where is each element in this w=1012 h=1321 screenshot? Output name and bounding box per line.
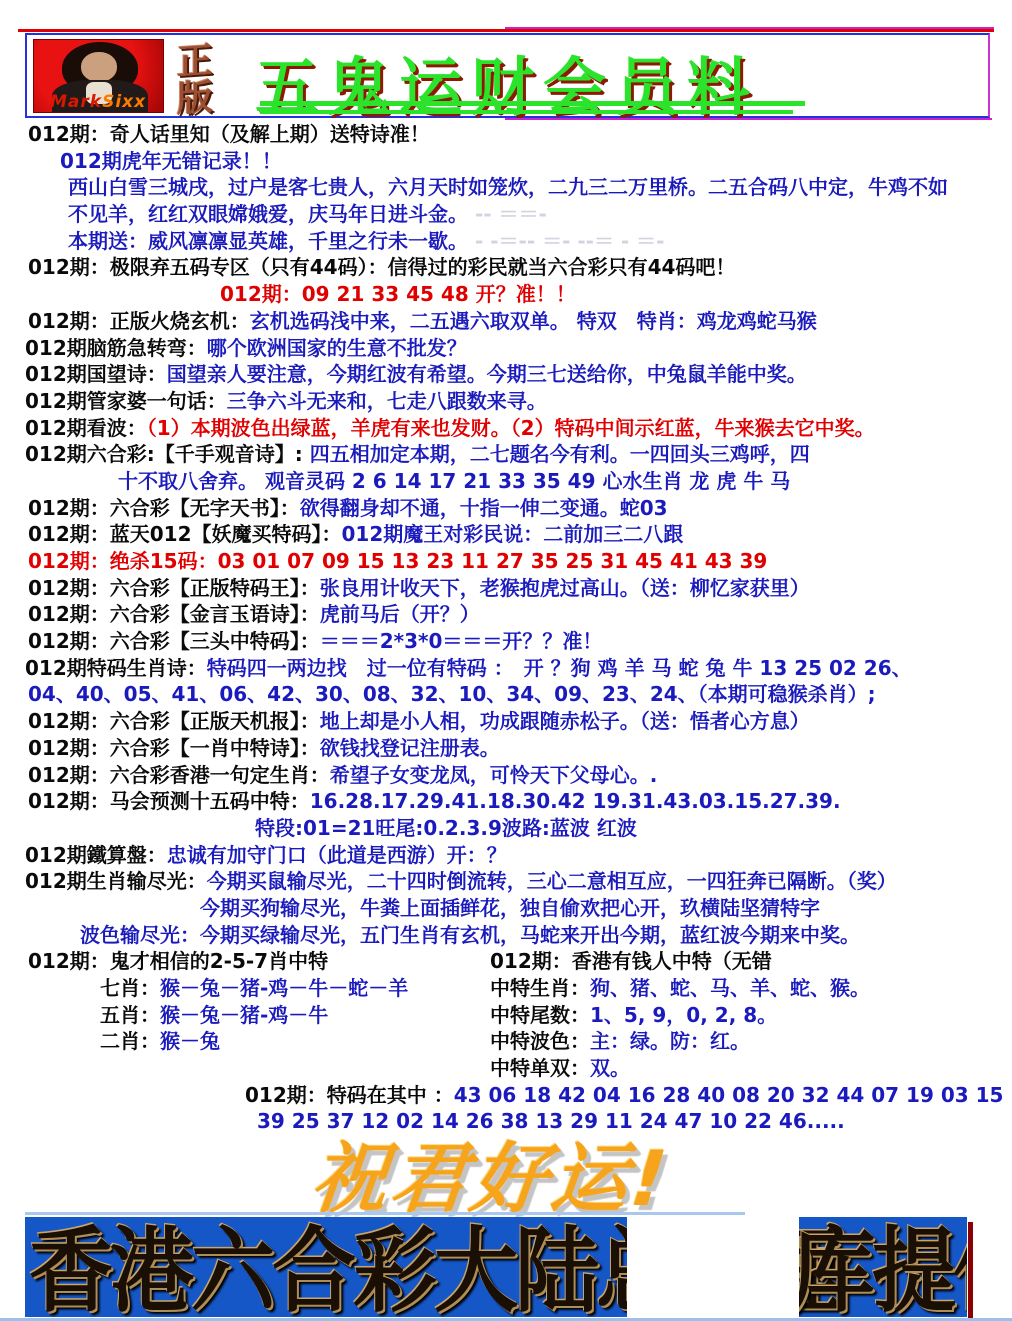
text-segment: 012期：六合彩【三头中特码】：: [28, 629, 320, 653]
banner-right-text: 库提供: [791, 1217, 967, 1317]
text-segment: 中特波色：: [490, 1029, 590, 1053]
text-segment: 欲得翻身却不通，十指一伸二变通。蛇03: [300, 496, 668, 520]
text-segment: 忠诚有加守门口（此道是西游）开：？: [167, 843, 507, 867]
text-line: 本期送：威风凛凛显英雄，千里之行未一歇。 ‐ ‐＝‐‐ ＝‐ ‐‐＝ ‐ ＝‐: [0, 228, 1012, 255]
wish-text: 祝君好运!: [306, 1118, 676, 1227]
text-segment: 012期：特码在其中 ：: [245, 1083, 454, 1107]
portrait-photo: MarkSixx: [33, 39, 164, 113]
text-segment: 猴－兔－猪-鸡－牛: [160, 1003, 328, 1027]
text-segment: 012期生肖输尽光：: [25, 869, 207, 893]
text-line: 012期生肖输尽光：今期买鼠输尽光，二十四时倒流转，三心二意相互应，一四狂奔已隔…: [0, 868, 1012, 895]
text-segment: 012期：蓝天012【妖魔买特码】：: [28, 522, 342, 546]
text-segment: 012期特码生肖诗：: [25, 656, 207, 680]
page-title: 五鬼运财会员料: [255, 37, 759, 128]
text-segment: 012期国望诗：: [25, 362, 167, 386]
text-segment: 012期：六合彩【正版特码王】：: [28, 576, 320, 600]
text-segment: 西山白雪三城戌，过户是客七贵人，六月天时如笼炊，二九三二万里桥。二五合码八中定，…: [68, 175, 948, 199]
right-column-text: 中特波色：主：绿。防：红。: [490, 1028, 750, 1055]
text-segment: 四五相加定本期，二七题名今有利。一四回头三鸡呼，四: [310, 442, 810, 466]
censored-area: [627, 1217, 799, 1317]
text-segment: 012期：正版火烧玄机：: [28, 309, 250, 333]
text-segment: 主：绿。防：红。: [590, 1029, 750, 1053]
text-segment: 五肖：: [100, 1003, 160, 1027]
text-segment: 猴－兔－猪-鸡－牛－蛇－羊: [160, 976, 408, 1000]
text-segment: 不见羊，红红双眼嫦娥爱，庆马年日进斗金。: [68, 202, 468, 226]
text-line: 012期：09 21 33 45 48 开？准！！: [0, 281, 1012, 308]
text-segment: 双。: [590, 1056, 630, 1080]
right-column-text: 中特尾数：1、5, 9，0, 2, 8。: [490, 1002, 777, 1029]
text-line: 012期：六合彩【一肖中特诗】：欲钱找登记注册表。: [0, 735, 1012, 762]
text-line: 012期：六合彩【金言玉语诗】：虎前马后（开？）: [0, 601, 1012, 628]
text-line: 012期：极限弃五码专区（只有44码）：信得过的彩民就当六合彩只有44码吧！: [0, 254, 1012, 281]
text-line: 012期：奇人话里知（及解上期）送特诗准！: [0, 121, 1012, 148]
right-column-text: 012期：香港有钱人中特（无错: [490, 948, 772, 975]
text-segment: 012期：六合彩【金言玉语诗】：: [28, 602, 320, 626]
text-segment: 04、40、05、41、06、42、30、08、32、10、34、09、23、2…: [28, 682, 876, 706]
text-line: 012期：绝杀15码：03 01 07 09 15 13 23 11 27 35…: [0, 548, 1012, 575]
photo-caption-sixx: Sixx: [102, 92, 146, 112]
content-lines: 012期：奇人话里知（及解上期）送特诗准！012期虎年无错记录！！西山白雪三城戌…: [0, 121, 1012, 1135]
text-segment: 43 06 18 42 04 16 28 40 08 20 32 44 07 1…: [454, 1083, 1004, 1107]
text-segment: 玄机选码浅中来，二五遇六取双单。 特双 特肖：鸡龙鸡蛇马猴: [250, 309, 817, 333]
top-magenta-border-line: [505, 27, 994, 29]
text-line: 012期：鬼才相信的2-5-7肖中特012期：香港有钱人中特（无错: [0, 948, 1012, 975]
text-line: 五肖：猴－兔－猪-鸡－牛中特尾数：1、5, 9，0, 2, 8。: [0, 1002, 1012, 1029]
text-line: 04、40、05、41、06、42、30、08、32、10、34、09、23、2…: [0, 681, 1012, 708]
right-column-text: 中特生肖：狗、猪、蛇、马、羊、蛇、猴。: [490, 975, 870, 1002]
text-segment: 012期：六合彩【无字天书】：: [28, 496, 300, 520]
text-segment: 012期：六合彩【正版天机报】：: [28, 709, 320, 733]
text-segment: 狗、猪、蛇、马、羊、蛇、猴。: [590, 976, 870, 1000]
text-line: 012期虎年无错记录！！: [0, 148, 1012, 175]
text-segment: 今期买鼠输尽光，二十四时倒流转，三心二意相互应，一四狂奔已隔断。（奖）: [207, 869, 897, 893]
text-line: 012期：六合彩【无字天书】：欲得翻身却不通，十指一伸二变通。蛇03: [0, 495, 1012, 522]
text-segment: 国望亲人要注意，今期红波有希望。今期三七送给你，中兔鼠羊能中奖。: [167, 362, 807, 386]
text-line: 十不取八舍弃。 观音灵码 2 6 14 17 21 33 35 49 心水生肖 …: [0, 468, 1012, 495]
footer-banner: 香港六合彩大陆总代理 库提供: [25, 1217, 967, 1317]
text-segment: 012期：奇人话里知（及解上期）送特诗准！: [28, 122, 430, 146]
text-line: 不见羊，红红双眼嫦娥爱，庆马年日进斗金。 ‐‐ ＝＝‐: [0, 201, 1012, 228]
text-line: 012期六合彩:【千手观音诗】: 四五相加定本期，二七题名今有利。一四回头三鸡呼…: [0, 441, 1012, 468]
text-segment: 波色输尽光：今期买绿输尽光，五门生肖有玄机，马蛇来开出今期，蓝红波今期来中奖。: [80, 923, 860, 947]
text-segment: 012期脑筋急转弯：: [25, 336, 207, 360]
text-segment: 中特单双：: [490, 1056, 590, 1080]
text-segment: 中特生肖：: [490, 976, 590, 1000]
text-segment: 012期：鬼才相信的2-5-7肖中特: [28, 949, 328, 973]
text-segment: 1、5, 9，0, 2, 8。: [590, 1003, 777, 1027]
text-segment: 中特尾数：: [490, 1003, 590, 1027]
text-line: 特段:01=21旺尾:0.2.3.9波路:蓝波 红波: [0, 815, 1012, 842]
text-line: 012期国望诗：国望亲人要注意，今期红波有希望。今期三七送给你，中兔鼠羊能中奖。: [0, 361, 1012, 388]
text-line: 012期特码生肖诗：特码四一两边找 过一位有特码 ： 开 ？狗 鸡 羊 马 蛇 …: [0, 655, 1012, 682]
text-segment: 今期买狗输尽光，牛粪上面插鲜花，独自偷欢把心开，玖横陆坚猜特字: [200, 896, 820, 920]
text-segment: 012期鐵算盤：: [25, 843, 167, 867]
banner-top-line: [25, 1212, 745, 1215]
text-line: 012期：马会预测十五码中特：16.28.17.29.41.18.30.42 1…: [0, 788, 1012, 815]
text-segment: 16.28.17.29.41.18.30.42 19.31.43.03.15.2…: [310, 789, 841, 813]
right-column-text: 中特单双：双。: [490, 1055, 630, 1082]
text-segment: 012期魔王对彩民说：二前加三二八跟: [342, 522, 684, 546]
edition-label: 正 版: [177, 41, 225, 118]
text-segment: 虎前马后（开？）: [320, 602, 480, 626]
title-underline: [260, 101, 805, 106]
lottery-tip-sheet: MarkSixx 正 版 五鬼运财会员料 012期：奇人话里知（及解上期）送特诗…: [0, 0, 1012, 1321]
text-segment: 012期：六合彩【一肖中特诗】：: [28, 736, 320, 760]
text-segment: 七肖：: [100, 976, 160, 1000]
red-accent-line: [968, 1222, 973, 1318]
header: MarkSixx 正 版 五鬼运财会员料: [25, 33, 990, 118]
text-line: 012期：六合彩【正版天机报】：地上却是小人相，功成跟随赤松子。（送：悟者心方息…: [0, 708, 1012, 735]
top-red-border-line: [18, 29, 994, 32]
text-line: 012期：六合彩【三头中特码】：＝＝＝2*3*0＝＝＝开？？准！: [0, 628, 1012, 655]
text-segment: ＝＝＝2*3*0＝＝＝开？？准！: [320, 629, 603, 653]
text-line: 波色输尽光：今期买绿输尽光，五门生肖有玄机，马蛇来开出今期，蓝红波今期来中奖。: [0, 922, 1012, 949]
text-segment: 012期：绝杀15码：03 01 07 09 15 13 23 11 27 35…: [28, 549, 767, 573]
text-segment: 十不取八舍弃。 观音灵码 2 6 14 17 21 33 35 49 心水生肖 …: [118, 469, 790, 493]
text-segment: 012期：极限弃五码专区（只有44码）：信得过的彩民就当六合彩只有44码吧！: [28, 255, 735, 279]
text-segment: 张良用计收天下，老猴抱虎过高山。（送：柳忆家获里）: [320, 576, 810, 600]
text-line: 012期看波：（1）本期波色出绿蓝，羊虎有来也发财。（2）特码中间示红蓝，牛来猴…: [0, 415, 1012, 442]
header-bottom-magenta-line: [505, 118, 992, 120]
text-line: 012期鐵算盤：忠诚有加守门口（此道是西游）开：？: [0, 842, 1012, 869]
photo-caption: MarkSixx: [50, 92, 146, 112]
text-line: 012期：特码在其中 ：43 06 18 42 04 16 28 40 08 2…: [0, 1082, 1012, 1109]
text-segment: 012期：六合彩香港一句定生肖：: [28, 763, 330, 787]
text-segment: 012期管家婆一句话：: [25, 389, 227, 413]
text-segment: 三争六斗无来和，七走八跟数来寻。: [227, 389, 547, 413]
text-line: 012期：蓝天012【妖魔买特码】：012期魔王对彩民说：二前加三二八跟: [0, 521, 1012, 548]
text-segment: 012期：香港有钱人中特（无错: [490, 949, 772, 973]
text-segment: 012期：09 21 33 45 48 开？准！！: [220, 282, 576, 306]
text-line: 七肖：猴－兔－猪-鸡－牛－蛇－羊中特生肖：狗、猪、蛇、马、羊、蛇、猴。: [0, 975, 1012, 1002]
title-underline: [260, 110, 793, 114]
text-segment: 本期送：威风凛凛显英雄，千里之行未一歇。: [68, 229, 468, 253]
text-segment: 012期六合彩:【千手观音诗】:: [25, 442, 310, 466]
text-segment: 欲钱找登记注册表。: [320, 736, 500, 760]
portrait-face: [81, 52, 117, 82]
text-segment: 特段:01=21旺尾:0.2.3.9波路:蓝波 红波: [255, 816, 637, 840]
erased-text-smudge: ‐ ‐＝‐‐ ＝‐ ‐‐＝ ‐ ＝‐: [468, 229, 664, 253]
text-segment: 特码四一两边找 过一位有特码 ： 开 ？狗 鸡 羊 马 蛇 兔 牛 13 25 …: [207, 656, 912, 680]
text-line: 012期管家婆一句话：三争六斗无来和，七走八跟数来寻。: [0, 388, 1012, 415]
erased-text-smudge: ‐‐ ＝＝‐: [468, 202, 547, 226]
text-segment: 012期虎年无错记录！！: [60, 149, 282, 173]
text-segment: 012期看波：: [25, 416, 147, 440]
text-segment: 希望子女变龙凤，可怜天下父母心。.: [330, 763, 658, 787]
text-segment: 猴－兔: [160, 1029, 220, 1053]
text-line: 012期：六合彩【正版特码王】：张良用计收天下，老猴抱虎过高山。（送：柳忆家获里…: [0, 575, 1012, 602]
text-line: 今期买狗输尽光，牛粪上面插鲜花，独自偷欢把心开，玖横陆坚猜特字: [0, 895, 1012, 922]
text-segment: 二肖：: [100, 1029, 160, 1053]
text-line: 012期：六合彩香港一句定生肖：希望子女变龙凤，可怜天下父母心。.: [0, 762, 1012, 789]
text-line: 012期脑筋急转弯：哪个欧洲国家的生意不批发？: [0, 335, 1012, 362]
photo-caption-mark: Mark: [50, 92, 102, 112]
text-line: 二肖：猴－兔中特波色：主：绿。防：红。: [0, 1028, 1012, 1055]
text-segment: 地上却是小人相，功成跟随赤松子。（送：悟者心方息）: [320, 709, 810, 733]
text-segment: 哪个欧洲国家的生意不批发？: [207, 336, 467, 360]
text-line: 012期：正版火烧玄机：玄机选码浅中来，二五遇六取双单。 特双 特肖：鸡龙鸡蛇马…: [0, 308, 1012, 335]
text-segment: 012期：马会预测十五码中特：: [28, 789, 310, 813]
text-line: 西山白雪三城戌，过户是客七贵人，六月天时如笼炊，二九三二万里桥。二五合码八中定，…: [0, 174, 1012, 201]
text-line: 中特单双：双。: [0, 1055, 1012, 1082]
text-segment: （1）本期波色出绿蓝，羊虎有来也发财。（2）特码中间示红蓝，牛来猴去它中奖。: [147, 416, 875, 440]
